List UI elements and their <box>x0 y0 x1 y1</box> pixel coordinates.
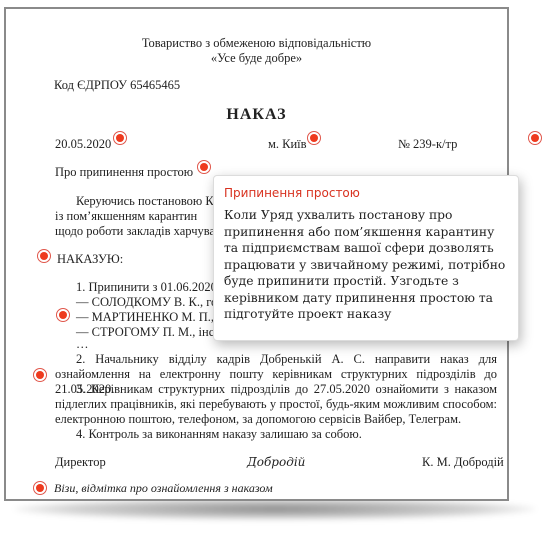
preamble-line-3: щодо роботи закладів харчува <box>55 224 215 239</box>
edrpou-code: Код ЄДРПОУ 65465465 <box>54 78 180 93</box>
visas-note: Візи, відмітка про ознайомлення з наказо… <box>54 481 273 496</box>
org-name-line1: Товариство з обмеженою відповідальністю <box>6 36 507 51</box>
list-ellipsis: … <box>76 337 89 352</box>
item3-text: 3. Керівникам структурних підрозділів до… <box>55 382 497 427</box>
hotspot-icon[interactable] <box>197 160 211 174</box>
tooltip-title: Припинення простою <box>224 186 508 200</box>
item4-text: 4. Контроль за виконанням наказу залишаю… <box>76 427 362 442</box>
order-city: м. Київ <box>268 137 307 152</box>
signature: Добродій <box>247 455 305 469</box>
preamble-line-1: Керуючись постановою К <box>76 194 214 209</box>
tooltip-body: Коли Уряд ухвалить постанову про припине… <box>224 207 508 323</box>
hotspot-icon[interactable] <box>33 481 47 495</box>
preamble-line-2: із пом’якшенням карантин <box>55 209 197 224</box>
hint-tooltip: Припинення простою Коли Уряд ухвалить по… <box>213 175 519 341</box>
employee-1: — СОЛОДКОМУ В. К., го <box>76 295 217 310</box>
item1-heading: 1. Припинити з 01.06.2020 <box>76 280 217 295</box>
order-word: НАКАЗУЮ: <box>57 252 123 267</box>
order-subject: Про припинення простою <box>55 165 193 180</box>
employee-2: — МАРТИНЕНКО М. П., <box>76 310 214 325</box>
org-name-line2: «Усе буде добре» <box>6 51 507 66</box>
hotspot-icon[interactable] <box>528 131 542 145</box>
page-shadow <box>14 498 536 520</box>
signer-position: Директор <box>55 455 106 470</box>
order-number: № 239-к/тр <box>398 137 457 152</box>
document-title: НАКАЗ <box>6 106 507 124</box>
signer-name: К. М. Добродій <box>422 455 504 470</box>
hotspot-icon[interactable] <box>37 249 51 263</box>
hotspot-icon[interactable] <box>56 308 70 322</box>
hotspot-icon[interactable] <box>113 131 127 145</box>
hotspot-icon[interactable] <box>33 368 47 382</box>
hotspot-icon[interactable] <box>307 131 321 145</box>
order-date: 20.05.2020 <box>55 137 111 152</box>
employee-3: — СТРОГОМУ П. М., інс <box>76 325 214 340</box>
